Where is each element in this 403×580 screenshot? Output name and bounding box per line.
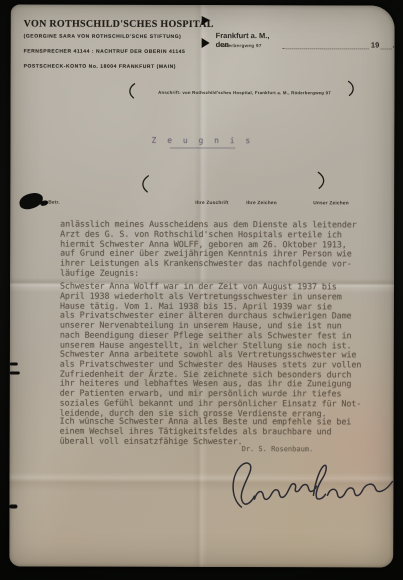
edge-tear-3 <box>9 504 17 508</box>
paper-hole-left-tip <box>40 199 49 206</box>
phone-line: FERNSPRECHER 41144 : NACHTRUF DER OBERIN… <box>24 49 214 55</box>
hospital-name: VON ROTHSCHILD'SCHES HOSPITAL <box>24 19 214 30</box>
edge-tear-1 <box>10 362 18 365</box>
label-ihre-zeichen: Ihre Zeichen <box>246 201 277 206</box>
typed-signatory-name: Dr. S. Rosenbaum. <box>242 445 314 453</box>
heading-block: Z e u g n i s ===================== <box>10 135 394 152</box>
aged-letter-paper: VON ROTHSCHILD'SCHES HOSPITAL (GEORGINE … <box>9 4 394 567</box>
dateline-period: . <box>393 40 395 49</box>
street-address: Röderbergweg 97 <box>219 43 262 48</box>
postal-account-line: POSTSCHECK-KONTO No. 18004 FRANKFURT (MA… <box>24 64 214 70</box>
pencil-arc-left-2 <box>138 175 150 193</box>
body-paragraph-3: Schwester Anna arbeitete sowohl als Vert… <box>60 350 382 419</box>
pencil-arc-left <box>126 83 136 99</box>
label-betreff: Betr. <box>48 201 60 206</box>
fold-tear-top-1 <box>202 16 210 25</box>
dateline-year-prefix: 19 <box>371 40 379 49</box>
scanned-letter-photo: { "letterhead": { "line1": "VON ROTHSCHI… <box>0 0 403 580</box>
foundation-name: (GEORGINE SARA VON ROTHSCHILD'SCHE STIFT… <box>24 34 214 40</box>
body-paragraph-1: anlässlich meines Ausscheidens aus dem D… <box>60 220 382 280</box>
date-blank-line <box>283 41 369 49</box>
label-unser-zeichen: Unser Zeichen <box>313 201 349 206</box>
pencil-arc-right <box>346 80 356 96</box>
letterhead: VON ROTHSCHILD'SCHES HOSPITAL (GEORGINE … <box>24 19 214 70</box>
fold-tear-top-2 <box>202 38 210 48</box>
address-stamp: Anschrift: von Rothschild'sches Hospital… <box>139 90 351 96</box>
pencil-arc-right-2 <box>316 171 328 189</box>
year-blank-line <box>380 41 391 49</box>
edge-tear-2 <box>10 371 20 374</box>
body-paragraph-4: Ich wünsche Schwester Anna alles Beste u… <box>60 417 382 447</box>
label-ihre-zuschrift: Ihre Zuschrift <box>195 201 228 206</box>
body-paragraph-2: Schwester Anna Wolff war in der Zeit von… <box>60 282 382 351</box>
title-underline: ===================== <box>10 144 394 152</box>
handwritten-signature <box>225 453 397 517</box>
